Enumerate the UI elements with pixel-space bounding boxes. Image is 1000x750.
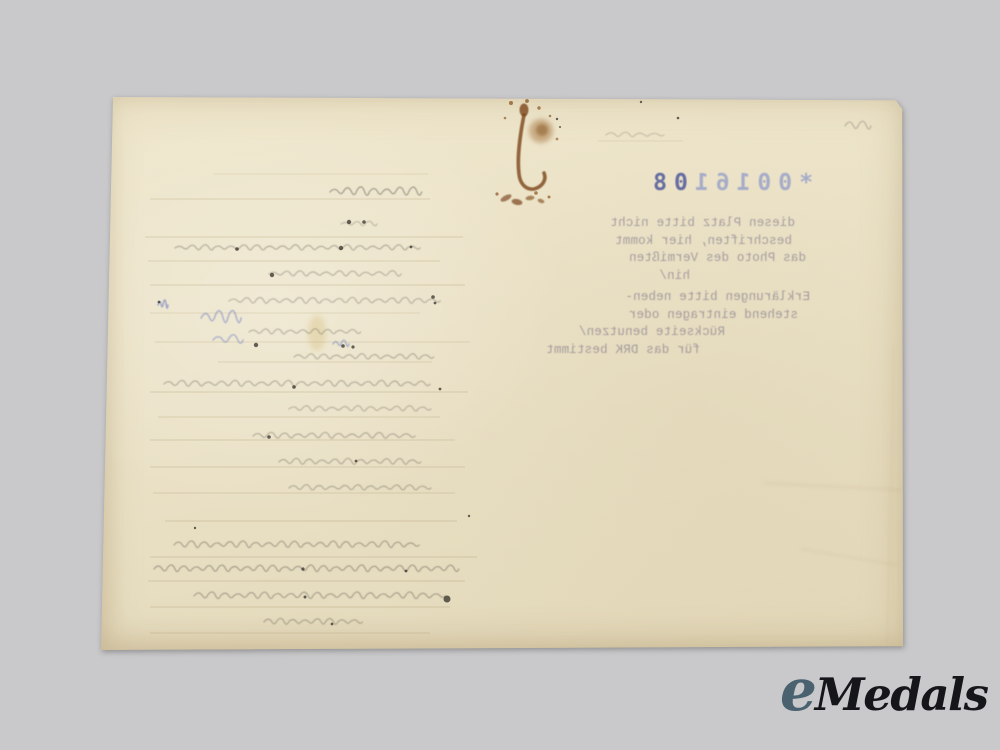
stamp-dark-digits: 08 bbox=[646, 170, 688, 196]
document-paper-wrap: *0016108 diesen Platz bitte nicht beschr… bbox=[101, 97, 903, 650]
instruction-line: für das DRK bestimmt bbox=[586, 342, 700, 360]
instruction-line: Rückseite benutzen/ bbox=[586, 324, 725, 342]
serial-number-stamp: *0016108 bbox=[641, 168, 813, 200]
instruction-line: stehend eintragen oder bbox=[586, 307, 798, 325]
document-back-page: *0016108 diesen Platz bitte nicht beschr… bbox=[101, 97, 903, 650]
instruction-line: das Photo des Vermißten bbox=[586, 250, 806, 268]
photo-background: *0016108 diesen Platz bitte nicht beschr… bbox=[0, 0, 1000, 750]
emedals-watermark: eMedals bbox=[780, 656, 987, 724]
instruction-line: diesen Platz bitte nicht bbox=[586, 215, 795, 233]
emedals-logo-e: e bbox=[780, 656, 815, 724]
emedals-logo-name: Medals bbox=[815, 668, 988, 721]
ink-stain bbox=[495, 99, 558, 206]
instruction-line: Erklärungen bitte neben- bbox=[586, 289, 810, 307]
instruction-line: beschriften, hier kommt bbox=[586, 233, 792, 251]
stamp-light-digits: *00161 bbox=[688, 170, 813, 196]
bleedthrough-instructions: diesen Platz bitte nicht beschriften, hi… bbox=[586, 215, 812, 359]
instruction-line: hin/ bbox=[586, 268, 690, 286]
